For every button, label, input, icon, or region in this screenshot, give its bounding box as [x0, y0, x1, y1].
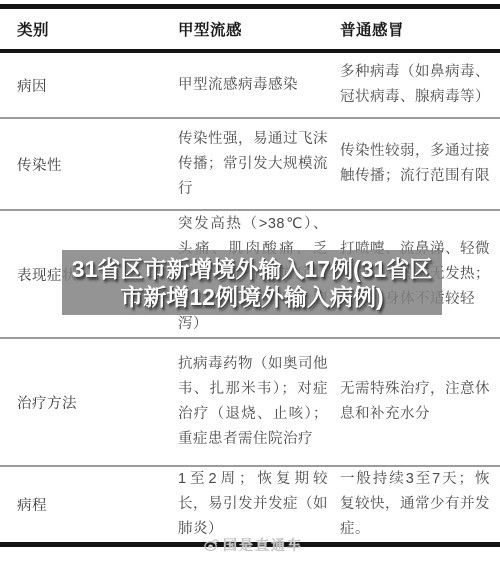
- row-label-treatment: 治疗方法: [17, 392, 178, 413]
- header-category: 类别: [17, 18, 178, 40]
- cold-cell-treatment: 无需特殊治疗，注意休息和补充水分: [340, 377, 490, 427]
- header-common-cold: 普通感冒: [340, 18, 490, 40]
- infographic-canvas: 类别 甲型流感 普通感冒 病因 甲型流感病毒感染 多种病毒（如鼻病毒、冠状病毒、…: [0, 0, 500, 566]
- flu-cell-contagiousness: 传染性强，易通过飞沫传播；常引发大规模流行: [178, 127, 340, 202]
- news-headline-overlay: 31省区市新增境外输入17例(31省区市新增12例境外输入病例): [62, 250, 442, 315]
- cold-cell-cause: 多种病毒（如鼻病毒、冠状病毒、腺病毒等）: [340, 60, 490, 110]
- weibo-icon: [204, 538, 219, 551]
- table-row-treatment: 治疗方法 抗病毒药物（如奥司他韦、扎那米韦）；对症治疗（退烧、止咳）；重症患者需…: [0, 339, 500, 467]
- news-headline-text: 31省区市新增境外输入17例(31省区市新增12例境外输入病例): [62, 255, 442, 311]
- table-header-row: 类别 甲型流感 普通感冒: [0, 9, 500, 53]
- cold-cell-course: 一般持续3至7天；恢复较快，通常少有并发症。: [340, 467, 490, 542]
- header-influenza-a: 甲型流感: [178, 18, 340, 40]
- table-row-cause: 病因 甲型流感病毒感染 多种病毒（如鼻病毒、冠状病毒、腺病毒等）: [0, 53, 500, 119]
- table-row-course: 病程 1至2周；恢复期较长，易引发并发症（如肺炎） 一般持续3至7天；恢复较快，…: [0, 467, 500, 542]
- watermark: 国是直通车: [204, 536, 303, 553]
- flu-cell-course: 1至2周；恢复期较长，易引发并发症（如肺炎）: [178, 467, 340, 542]
- watermark-text: 国是直通车: [223, 536, 303, 553]
- flu-cell-cause: 甲型流感病毒感染: [178, 73, 340, 98]
- table-row-contagiousness: 传染性 传染性强，易通过飞沫传播；常引发大规模流行 传染性较弱，多通过接触传播；…: [0, 119, 500, 211]
- flu-cell-treatment: 抗病毒药物（如奥司他韦、扎那米韦）；对症治疗（退烧、止咳）；重症患者需住院治疗: [178, 352, 340, 452]
- cold-cell-contagiousness: 传染性较弱，多通过接触传播；流行范围有限: [340, 139, 490, 189]
- row-label-cause: 病因: [17, 75, 178, 96]
- row-label-contagiousness: 传染性: [17, 154, 178, 175]
- row-label-course: 病程: [17, 494, 178, 515]
